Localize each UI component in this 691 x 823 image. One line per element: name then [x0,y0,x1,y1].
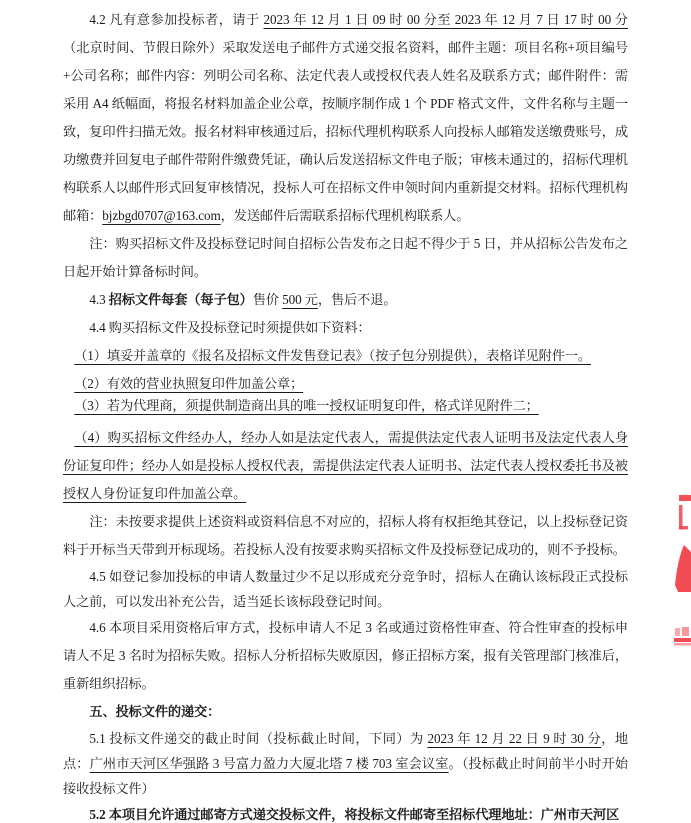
required-document-item-4: （4）购买招标文件经办人，经办人如是法定代表人，需提供法定代表人证明书及法定代表… [63,424,628,508]
section-heading-text: 五、投标文件的递交： [89,704,220,719]
para-4-2: 4.2 凡有意参加投标者，请于 2023 年 12 月 1 日 09 时 00 … [63,6,628,230]
para-4-4: 4.4 购买招标文件及投标登记时须提供如下资料： [63,314,628,342]
text-run: （3）若为代理商，须提供制造商出具的唯一授权证明复印件，格式详见附件二； [74,398,539,413]
bid-submission-address: 广州市天河区华强路 3 号富力盈力大厦北塔 7 楼 703 室会议室 [90,756,449,771]
para-note-1: 注：购买招标文件及投标登记时间自招标公告发布之日起不得少于 5 日，并从招标公告… [63,230,628,286]
text-run: （北京时间、节假日除外）采取发送电子邮件方式递交报名资料，邮件主题：项目名称+项… [63,40,628,223]
required-document-item-1: （1）填妥并盖章的《报名及招标文件发售登记表》（按子包分别提供），表格详见附件一… [63,342,628,370]
document-price-value: 500 元 [282,292,318,307]
red-seal-fragment-icon [670,490,691,655]
text-run: 5.2 本项目允许通过邮寄方式递交投标文件，将投标文件邮寄至招标代理地址： [89,807,540,822]
para-4-5: 4.5 如登记参加投标的申请人数量过少不足以形成充分竞争时，招标人在确认该标段正… [63,564,628,614]
text-run: 注：购买招标文件及投标登记时间自招标公告发布之日起不得少于 5 日，并从招标公告… [63,236,628,279]
registration-period-dates: 2023 年 12 月 1 日 09 时 00 分至 2023 年 12 月 7… [264,12,628,27]
document-price-label: 招标文件每套（每子包） [109,292,253,307]
text-run: 4.3 [89,292,108,307]
bid-deadline-date: 2023 年 12 月 22 日 9 时 30 分 [427,731,601,746]
text-run: 售价 [253,292,282,307]
para-4-6: 4.6 本项目采用资格后审方式，投标申请人不足 3 名或通过资格性审查、符合性审… [63,614,628,698]
text-run: ，售后不退。 [318,292,397,307]
agency-email: bjzbgd0707@163.com [102,208,220,223]
mailing-address-start: 广州市天河区 [541,807,620,822]
text-run: ，发送邮件后需联系招标代理机构联系人。 [221,208,470,223]
para-4-3: 4.3 招标文件每套（每子包）售价 500 元，售后不退。 [63,286,628,314]
text-run: （4）购买招标文件经办人，经办人如是法定代表人，需提供法定代表人证明书及法定代表… [63,430,628,501]
text-run: 4.5 如登记参加投标的申请人数量过少不足以形成充分竞争时，招标人在确认该标段正… [63,569,628,609]
text-run: 4.2 凡有意参加投标者，请于 [89,12,263,27]
para-5-1: 5.1 投标文件递交的截止时间（投标截止时间，下同）为 2023 年 12 月 … [63,726,628,801]
required-document-item-3: （3）若为代理商，须提供制造商出具的唯一授权证明复印件，格式详见附件二； [63,392,628,420]
section-heading-5: 五、投标文件的递交： [63,698,628,726]
document-page: 4.2 凡有意参加投标者，请于 2023 年 12 月 1 日 09 时 00 … [0,0,691,823]
text-run: 4.6 本项目采用资格后审方式，投标申请人不足 3 名或通过资格性审查、符合性审… [63,620,628,691]
text-run: 4.4 购买招标文件及投标登记时须提供如下资料： [89,320,370,335]
text-run: （2）有效的营业执照复印件加盖公章； [74,376,303,391]
text-run: （1）填妥并盖章的《报名及招标文件发售登记表》（按子包分别提供），表格详见附件一… [74,348,591,363]
para-note-2: 注：未按要求提供上述资料或资料信息不对应的，招标人将有权拒绝其登记，以上投标登记… [63,508,628,564]
text-run: 注：未按要求提供上述资料或资料信息不对应的，招标人将有权拒绝其登记，以上投标登记… [63,514,628,557]
text-run: 5.1 投标文件递交的截止时间（投标截止时间，下同）为 [89,731,427,746]
para-5-2: 5.2 本项目允许通过邮寄方式递交投标文件，将投标文件邮寄至招标代理地址：广州市… [63,801,628,823]
